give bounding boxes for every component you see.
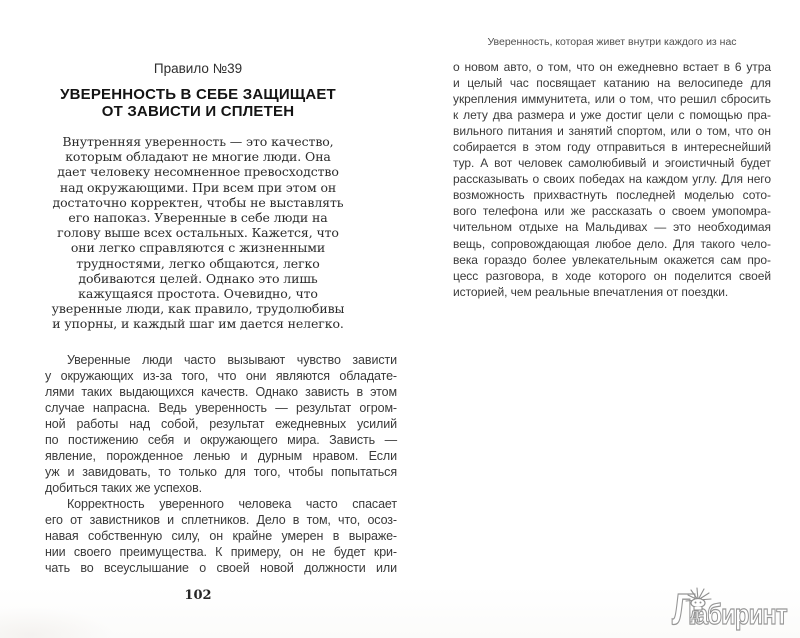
text-line: историей, чем реальные впечатления от по… xyxy=(453,284,771,300)
running-head: Уверенность, которая живет внутри каждог… xyxy=(453,36,771,48)
chapter-title: УВЕРЕННОСТЬ В СЕБЕ ЗАЩИЩАЕТ ОТ ЗАВИСТИ И… xyxy=(45,87,351,120)
text-line: по постижению себя и окружающего мира. З… xyxy=(45,432,397,448)
book-spread-scan: Правило №39 УВЕРЕННОСТЬ В СЕБЕ ЗАЩИЩАЕТ … xyxy=(0,0,800,638)
page-number: 102 xyxy=(45,588,351,603)
text-line: нии своего преимущества. К примеру, он н… xyxy=(45,544,397,560)
text-line: вого телефона или же рассказать о своем … xyxy=(453,203,771,219)
left-page: Правило №39 УВЕРЕННОСТЬ В СЕБЕ ЗАЩИЩАЕТ … xyxy=(45,0,397,638)
labirint-watermark: Л абиринт д xyxy=(646,584,798,636)
paragraph: о новом авто, о том, что он ежедневно вс… xyxy=(453,59,771,300)
text-line: укрепления иммунитета, или о том, что ре… xyxy=(453,91,771,107)
right-page-body-text: о новом авто, о том, что он ежедневно вс… xyxy=(453,59,771,300)
text-line: случае напрасна. Ведь уверенность — резу… xyxy=(45,400,397,416)
rule-number-label: Правило №39 xyxy=(45,61,351,76)
text-line: добиться таких же успехов. xyxy=(45,480,397,496)
text-line: явление, порожденное ленью и дурным нрав… xyxy=(45,448,397,464)
text-line: цесс разговора, в ходе которого он подел… xyxy=(453,268,771,284)
text-line: ной работы над собой, результат ежедневн… xyxy=(45,416,397,432)
text-line: тур. А вот человек самолюбивый и эгоисти… xyxy=(453,155,771,171)
text-line: навая собственную силу, он крайне умерен… xyxy=(45,528,397,544)
text-line: его от завистников и сплетников. Дело в … xyxy=(45,512,397,528)
right-page: Уверенность, которая живет внутри каждог… xyxy=(453,0,771,638)
text-line: собирается в этом году отправиться в инт… xyxy=(453,139,771,155)
text-line: вещь, сопровождающая любое дело. Для так… xyxy=(453,236,771,252)
labirint-mascot-icon xyxy=(684,586,716,612)
text-line: и целый час посвящает катанию на велосип… xyxy=(453,75,771,91)
text-line: века гораздо более увлекательным окажетс… xyxy=(453,252,771,268)
text-line: вильного питания и занятий спортом, или … xyxy=(453,123,771,139)
text-line: Корректность уверенного человека часто с… xyxy=(45,496,397,512)
text-line: возможность прихвастнуть последней модел… xyxy=(453,187,771,203)
text-line: о новом авто, о том, что он ежедневно вс… xyxy=(453,59,771,75)
text-line: к лету два размера и уже достиг цели с п… xyxy=(453,107,771,123)
paragraph: Уверенные люди часто вызывают чувство за… xyxy=(45,352,397,496)
paragraph: Корректность уверенного человека часто с… xyxy=(45,496,397,576)
text-line: рассказывать о своих победах на каждом у… xyxy=(453,171,771,187)
text-line: чать во всеуслышание о своей новой должн… xyxy=(45,560,397,576)
text-line: чительном отдыхе на Мальдивах — это необ… xyxy=(453,219,771,235)
left-page-body-text: Уверенные люди часто вызывают чувство за… xyxy=(45,352,397,576)
text-line: лями таких выдающихся качеств. Однако за… xyxy=(45,384,397,400)
text-line: уж и завидовать, то только для того, что… xyxy=(45,464,397,480)
text-line: у окружающих из-за того, что они являютс… xyxy=(45,368,397,384)
text-line: Уверенные люди часто вызывают чувство за… xyxy=(45,352,397,368)
rule-intro-text: Внутренняя уверенность — это качество, к… xyxy=(45,134,351,332)
